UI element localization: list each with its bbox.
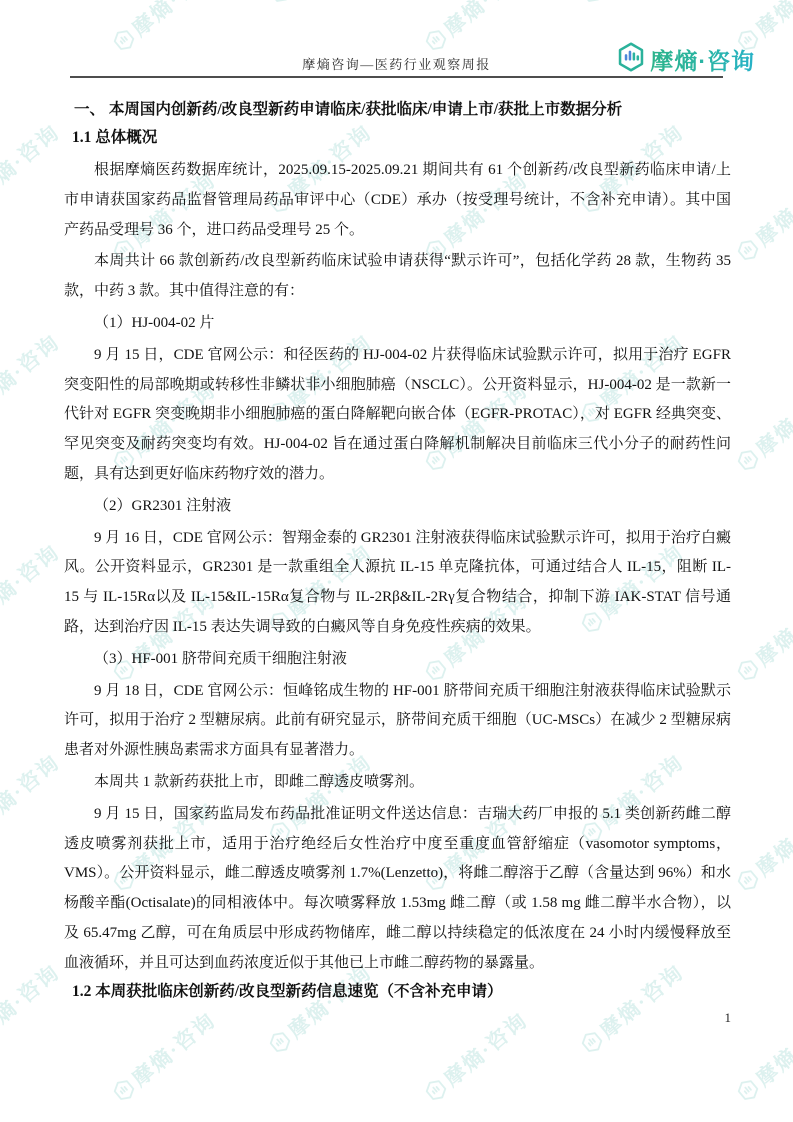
paragraph: 本周共计 66 款创新药/改良型新药临床试验申请获得“默示许可”，包括化学药 2… [64,247,731,307]
document-page: 摩熵·咨询摩熵·咨询摩熵·咨询摩熵·咨询摩熵·咨询摩熵·咨询摩熵·咨询摩熵·咨询… [0,0,793,1122]
watermark: 摩熵·咨询 [263,0,378,10]
watermark: 摩熵·咨询 [731,795,793,898]
paragraph: 9 月 16 日，CDE 官网公示：智翔金泰的 GR2301 注射液获得临床试验… [64,524,731,643]
watermark: 摩熵·咨询 [419,0,534,58]
watermark: 摩熵·咨询 [575,0,690,10]
paragraph: 根据摩熵医药数据库统计，2025.09.15-2025.09.21 期间共有 6… [64,156,731,245]
watermark: 摩熵·咨询 [0,957,66,1060]
watermark: 摩熵·咨询 [731,165,793,268]
brand-name: 摩熵·咨询 [650,43,755,76]
document-content: 一、 本周国内创新药/改良型新药申请临床/获批临床/申请上市/获批上市数据分析 … [64,100,731,1001]
paragraph: （2）GR2301 注射液 [64,492,731,522]
watermark: 摩熵·咨询 [731,375,793,478]
header-rule [70,76,723,78]
paragraph: （1）HJ-004-02 片 [64,309,731,339]
watermark: 摩熵·咨询 [0,747,66,850]
watermark: 摩熵·咨询 [107,0,222,58]
paragraph: 本周共 1 款新药获批上市，即雌二醇透皮喷雾剂。 [64,768,731,798]
watermark: 摩熵·咨询 [419,1005,534,1108]
watermark: 摩熵·咨询 [0,0,66,10]
paragraph: 9 月 18 日，CDE 官网公示：恒峰铭成生物的 HF-001 脐带间充质干细… [64,677,731,766]
section-heading-1: 一、 本周国内创新药/改良型新药申请临床/获批临床/申请上市/获批上市数据分析 [74,100,731,119]
brand-logo: 摩熵·咨询 [617,42,755,77]
page-number: 1 [725,1010,732,1026]
watermark: 摩熵·咨询 [731,585,793,688]
subsection-heading-1-2: 1.2 本周获批临床创新药/改良型新药信息速览（不含补充申请） [72,982,731,1001]
logo-icon [617,42,645,77]
watermark: 摩熵·咨询 [0,117,66,220]
watermark: 摩熵·咨询 [107,1005,222,1108]
subsection-heading-1-1: 1.1 总体概况 [72,128,731,147]
paragraph: 9 月 15 日，CDE 官网公示：和径医药的 HJ-004-02 片获得临床试… [64,341,731,490]
watermark: 摩熵·咨询 [0,327,66,430]
watermark: 摩熵·咨询 [0,537,66,640]
paragraph: 9 月 15 日，国家药监局发布药品批准证明文件送达信息：吉瑞大药厂申报的 5.… [64,800,731,979]
watermark: 摩熵·咨询 [731,1005,793,1108]
paragraph: （3）HF-001 脐带间充质干细胞注射液 [64,645,731,675]
